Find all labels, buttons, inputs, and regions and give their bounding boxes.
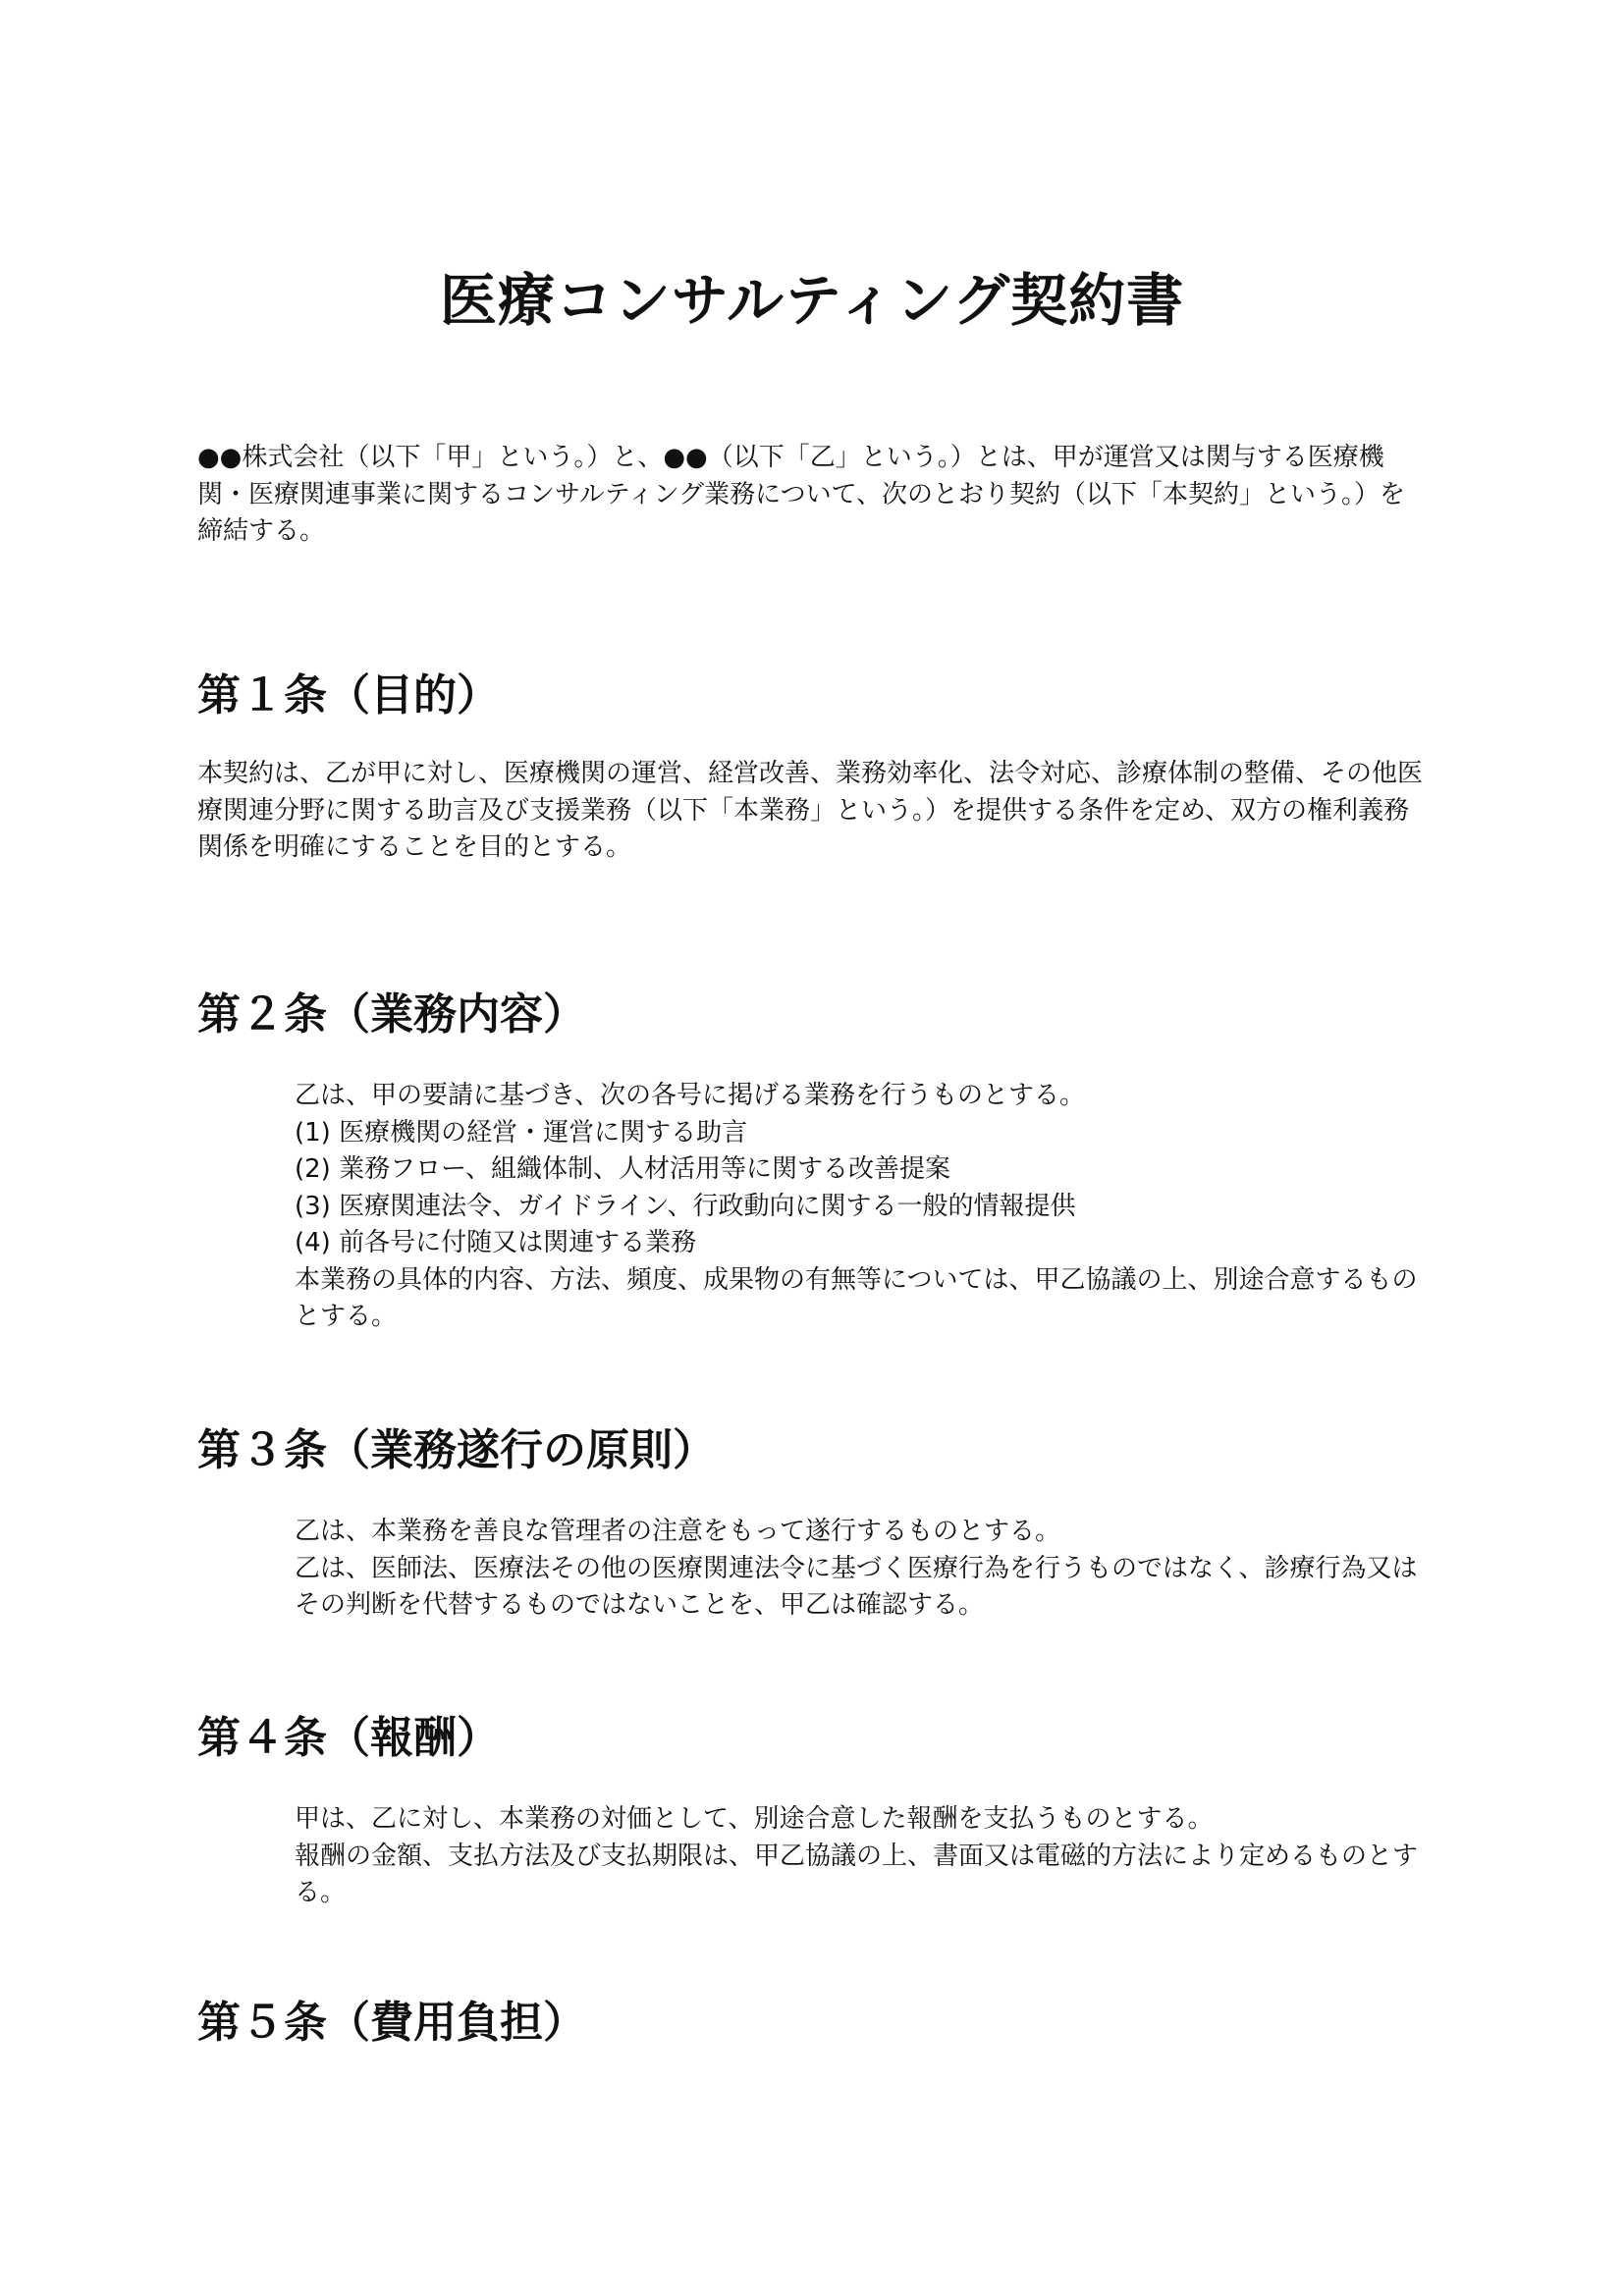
article-5-heading: 第５条（費用負担）	[197, 1998, 586, 2050]
document-page: 医療コンサルティング契約書 ●●株式会社（以下「甲」という。）と、●●（以下「乙…	[0, 0, 1624, 2296]
article-1-body: 本契約は、乙が甲に対し、医療機関の運営、経営改善、業務効率化、法令対応、診療体制…	[197, 756, 1425, 867]
article-4-line-1: 甲は、乙に対し、本業務の対価として、別途合意した報酬を支払うものとする。	[295, 1801, 1434, 1839]
article-2-item-3: (3) 医療関連法令、ガイドライン、行政動向に関する一般的情報提供	[295, 1189, 1434, 1226]
article-2-heading: 第２条（業務内容）	[197, 989, 586, 1041]
article-1-heading: 第１条（目的）	[197, 670, 500, 722]
article-2-line-1: 乙は、甲の要請に基づき、次の各号に掲げる業務を行うものとする。	[295, 1078, 1434, 1115]
article-3-heading: 第３条（業務遂行の原則）	[197, 1425, 716, 1477]
article-4-heading: 第４条（報酬）	[197, 1713, 500, 1765]
intro-paragraph: ●●株式会社（以下「甲」という。）と、●●（以下「乙」という。）とは、甲が運営又…	[197, 440, 1425, 551]
document-title: 医療コンサルティング契約書	[0, 267, 1624, 336]
article-2-line-2: 本業務の具体的内容、方法、頻度、成果物の有無等については、甲乙協議の上、別途合意…	[295, 1262, 1434, 1336]
article-2-item-1: (1) 医療機関の経営・運営に関する助言	[295, 1115, 1434, 1152]
article-4-line-2: 報酬の金額、支払方法及び支払期限は、甲乙協議の上、書面又は電磁的方法により定める…	[295, 1839, 1434, 1912]
article-3-line-2: 乙は、医師法、医療法その他の医療関連法令に基づく医療行為を行うものではなく、診療…	[295, 1551, 1434, 1625]
article-2-body: 乙は、甲の要請に基づき、次の各号に掲げる業務を行うものとする。 (1) 医療機関…	[295, 1078, 1434, 1336]
article-1-line-1: 本契約は、乙が甲に対し、医療機関の運営、経営改善、業務効率化、法令対応、診療体制…	[197, 756, 1425, 867]
article-4-body: 甲は、乙に対し、本業務の対価として、別途合意した報酬を支払うものとする。 報酬の…	[295, 1801, 1434, 1912]
article-2-item-2: (2) 業務フロー、組織体制、人材活用等に関する改善提案	[295, 1151, 1434, 1189]
article-2-item-4: (4) 前各号に付随又は関連する業務	[295, 1225, 1434, 1262]
article-3-body: 乙は、本業務を善良な管理者の注意をもって遂行するものとする。 乙は、医師法、医療…	[295, 1514, 1434, 1625]
article-3-line-1: 乙は、本業務を善良な管理者の注意をもって遂行するものとする。	[295, 1514, 1434, 1551]
